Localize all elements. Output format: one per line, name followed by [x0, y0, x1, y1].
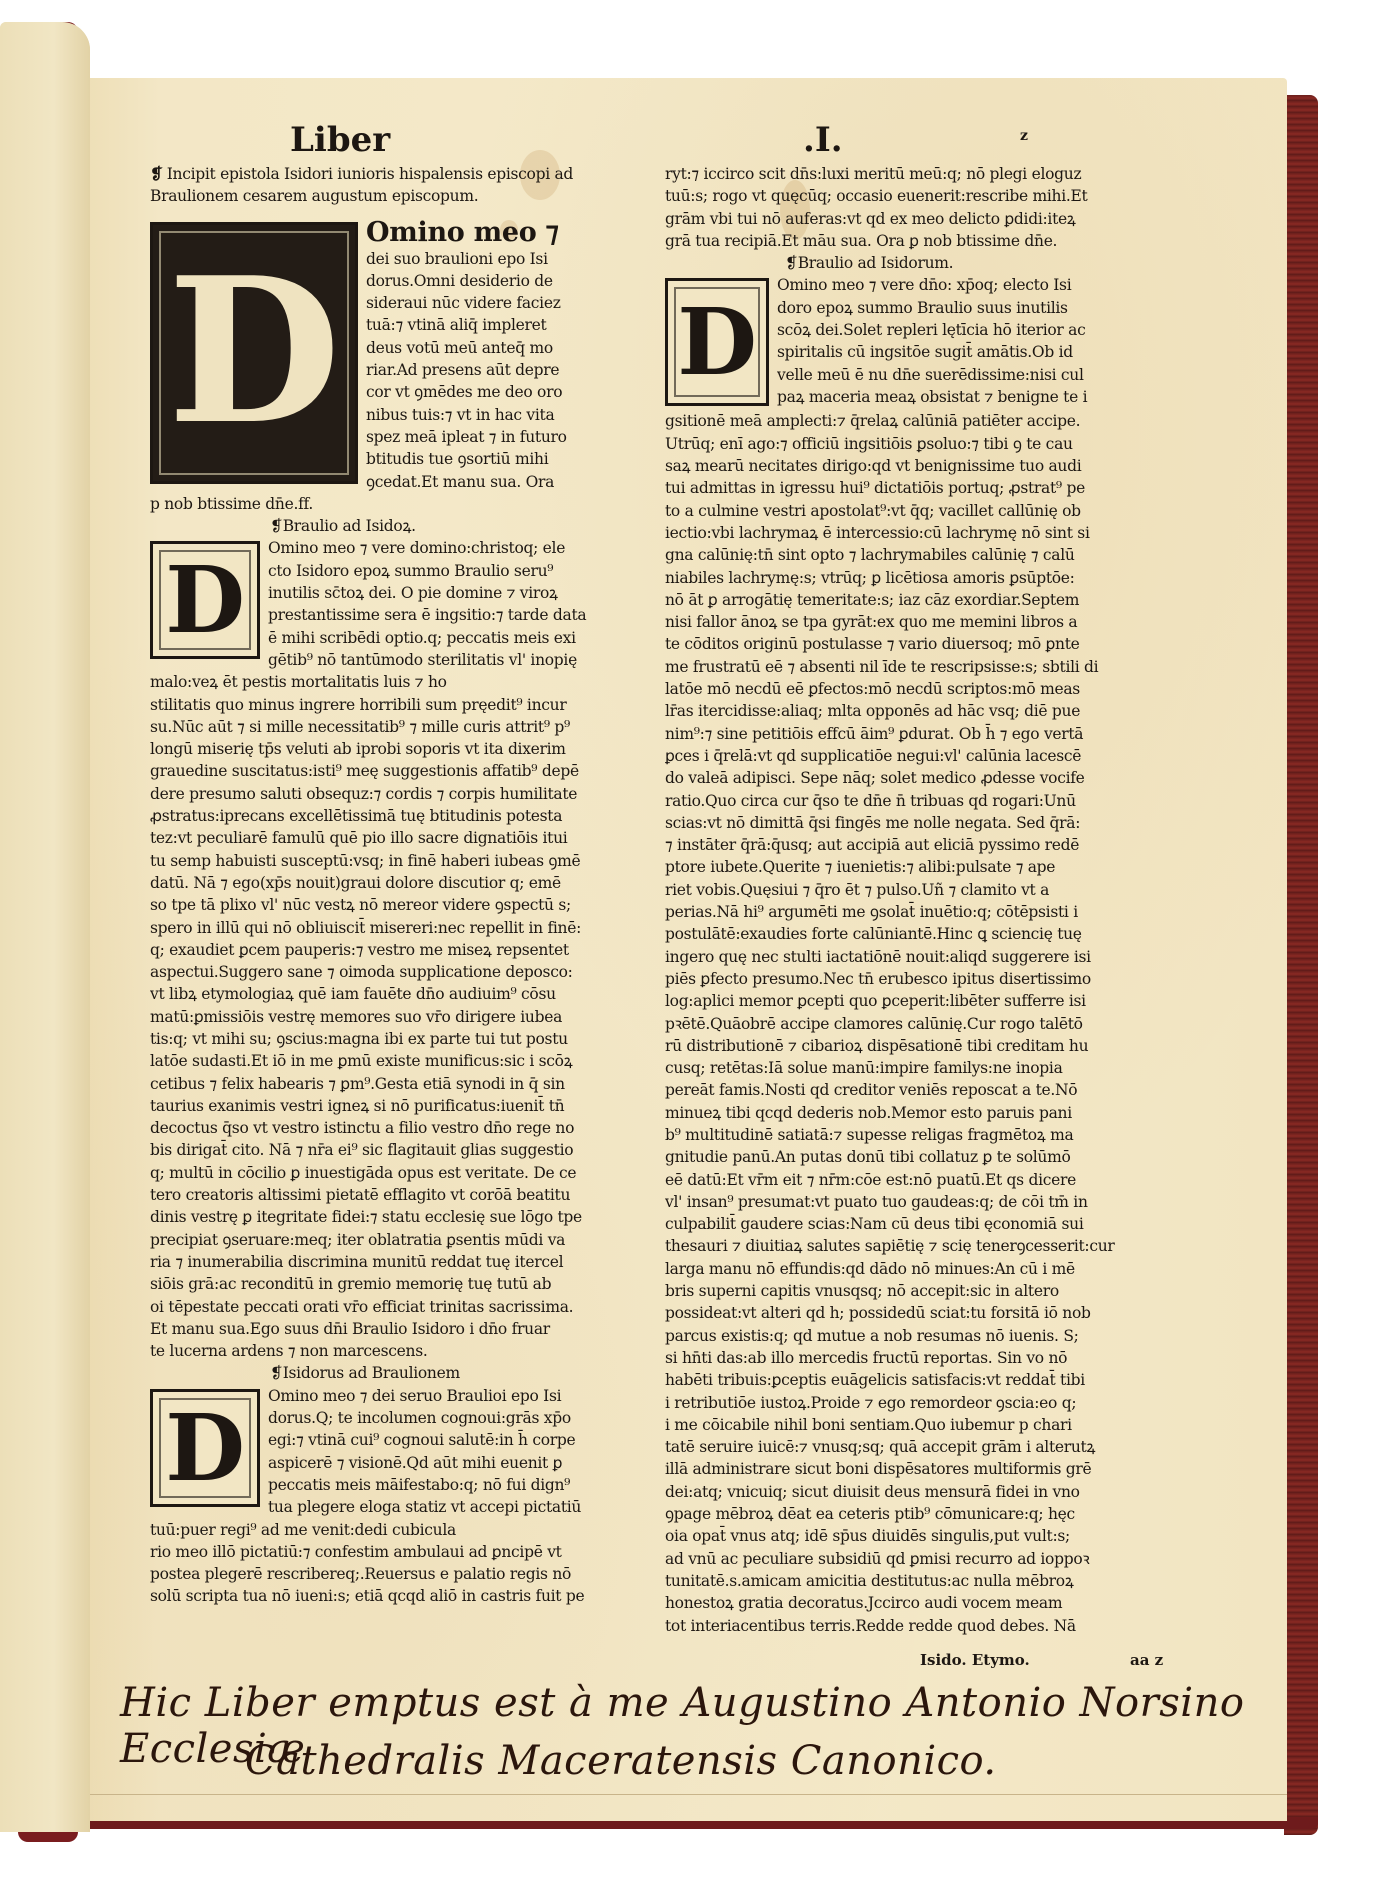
text-line: ꝓstratus:iprecans excellētissimā tuę bti… [150, 805, 638, 827]
paragraph-mark-icon: ❡ [150, 164, 163, 183]
text-line: riet vobis.Quęsiui ⁊ q̄ro ēt ⁊ pulso.Uñ … [665, 879, 1183, 901]
text-line: Omino meo ⁊ vere domino:christoq; ele [268, 537, 638, 559]
text-line: inutilis sc̄toꝝ dei. O pie domine ⁊ viro… [268, 582, 638, 604]
text-line: postea plegerē rescribereq;.Reuersus e p… [150, 1563, 638, 1585]
text-line: latōe mō necdū eē ꝑfectos:mō necdū scrip… [665, 678, 1183, 700]
signature-mark: aa z [1130, 1651, 1163, 1669]
text-line: log:aplici memor ꝑcepti quo ꝑceperit:lib… [665, 990, 1183, 1012]
text-line: scōꝝ dei.Solet repleri lętīcia hō iterio… [777, 319, 1183, 341]
text-line: dinis vestrę ꝑ itegritate fidei:⁊ statu … [150, 1206, 638, 1228]
text-line: perias.Nā hi⁹ argumēti me ꝯsolat̄ inuēti… [665, 901, 1183, 923]
text-line: solū scripta tua nō iueni:s; etiā qcqd a… [150, 1585, 638, 1607]
text-line: larga manu nō effundis:qd dādo nō minues… [665, 1258, 1183, 1280]
text-line: piēs ꝑfecto presumo.Nec tn̄ erubesco ipi… [665, 968, 1183, 990]
right-column: ryt:⁊ iccirco scit dn̄s:luxi meritū meū:… [665, 163, 1183, 1637]
text-line: su.Nūc aūt ⁊ si mille necessitatib⁹ ⁊ mi… [150, 716, 638, 738]
text-line: precipiat ꝯseruare:meq; iter oblatratia … [150, 1229, 638, 1251]
rubric-braulio: ❡Braulio ad Isidoꝝ. [150, 515, 638, 537]
text-line: honestoꝝ gratia decoratus.Jccirco audi v… [665, 1592, 1183, 1614]
text-line: latōe sudasti.Et iō in me ꝑmū existe mun… [150, 1050, 638, 1072]
right-column-top: ryt:⁊ iccirco scit dn̄s:luxi meritū meū:… [665, 163, 1183, 252]
text-line: ꝯpage mēbroꝝ dēat ea ceteris ptib⁹ cōmun… [665, 1503, 1183, 1525]
text-line: ingero quę nec stulti iactatiōnē nouit:a… [665, 946, 1183, 968]
text-line: eē datū:Et vr̄m eit ⁊ nr̄m:cōe est:nō pu… [665, 1169, 1183, 1191]
folio-number: z [1020, 128, 1028, 144]
text-line: ⁊ instāter q̄rā:q̄usq; aut accipiā aut e… [665, 834, 1183, 856]
text-line: cetibus ⁊ felix habearis ⁊ ꝑm⁹.Gesta eti… [150, 1073, 638, 1095]
text-line: Et manu sua.Ego suus dn̄i Braulio Isidor… [150, 1318, 638, 1340]
running-head-right: .I. [803, 120, 843, 160]
woodcut-initial-d-small: D [150, 1389, 260, 1507]
text-line: lr̄as itercidisse:aliaq; mlta opponēs ad… [665, 700, 1183, 722]
text-line: culpabilit̄ gaudere scias:Nam cū deus ti… [665, 1213, 1183, 1235]
text-line: grā tua recipiā.Et māu sua. Ora ꝑ nob bt… [665, 230, 1183, 252]
text-line: tu semp habuisti susceptū:vsq; in finē h… [150, 850, 638, 872]
text-line: bis dirigat̄ cito. Nā ⁊ nr̄a ei⁹ sic fla… [150, 1139, 638, 1161]
text-line: nibus tuis:⁊ vt in hac vita [366, 404, 638, 426]
text-line: tuū:s; rogo vt quęcūq; occasio euenerit:… [665, 185, 1183, 207]
text-line: rū distributionē ⁊ cibarioꝝ dispēsationē… [665, 1035, 1183, 1057]
text-line: postulātē:exaudies forte calūniantē.Hinc… [665, 923, 1183, 945]
ownership-inscription-line-2: Cathedralis Maceratensis Canonico. [245, 1738, 997, 1784]
text-line: grām vbi tui nō auferas:vt qd ex meo del… [665, 208, 1183, 230]
text-line: btitudis tue ꝯsortiū mihi [366, 448, 638, 470]
text-line: Omino meo ⁊ vere dn̄o: xp̄oq; electo Isi [777, 274, 1183, 296]
letter-2-body: stilitatis quo minus ingrere horribili s… [150, 694, 638, 1363]
binding-right-red-cover [1284, 95, 1318, 1835]
text-line: tez:vt peculiarē famulū quē pio illo sac… [150, 827, 638, 849]
text-line: longū miserię tp̄s veluti ab iprobi sopo… [150, 738, 638, 760]
text-line: thesauri ⁊ diuitiaꝝ salutes sapiētię ⁊ s… [665, 1235, 1183, 1257]
text-line: egi:⁊ vtinā cui⁹ cognoui salutē:in h̄ co… [268, 1429, 638, 1451]
text-line: possideat:vt alteri qd h; possidedū scia… [665, 1302, 1183, 1324]
text-line: aspectui.Suggero sane ⁊ oimoda supplicat… [150, 961, 638, 983]
left-column: ❡Incipit epistola Isidori iunioris hispa… [150, 163, 638, 1608]
page-fold-line [88, 1794, 1287, 1795]
text-line: taurius exanimis vestri igneꝝ si nō puri… [150, 1095, 638, 1117]
text-line: tunitatē.s.amicam amicitia destitutus:ac… [665, 1570, 1183, 1592]
text-line: decoctus q̄so vt vestro istinctu a filio… [150, 1117, 638, 1139]
text-line: ptore iubete.Querite ⁊ iuenietis:⁊ alibi… [665, 856, 1183, 878]
text-line: niabiles lachrymę:s; vtrūq; ꝑ licētiosa … [665, 567, 1183, 589]
text-line: bris superni capitis vnusqsq; nō accepit… [665, 1280, 1183, 1302]
text-line: dere presumo saluti obsequz:⁊ cordis ⁊ c… [150, 783, 638, 805]
text-line: scias:vt nō dimittā q̄si fingēs me nolle… [665, 812, 1183, 834]
text-line: cusq; retētas:Iā solue manū:impire famil… [665, 1057, 1183, 1079]
text-line: gsitionē meā amplecti:⁊ q̄relaꝝ calūniā … [665, 410, 1183, 432]
text-line: tui admittas in igressu hui⁹ dictatiōis … [665, 477, 1183, 499]
text-line: vt libꝝ etymologiaꝝ quē iam fauēte dn̄o … [150, 983, 638, 1005]
text-line: parcus existis:q; qd mutue a nob resumas… [665, 1325, 1183, 1347]
text-line: ad vnū ac peculiare subsidiū qd ꝑmisi re… [665, 1548, 1183, 1570]
rubric-isidorus: ❡Isidorus ad Braulionem [150, 1362, 638, 1384]
woodcut-initial-d-large: D [150, 222, 358, 484]
text-line: b⁹ multitudinē satiatā:⁊ supesse religas… [665, 1124, 1183, 1146]
text-line: dei:atq; vnicuiq; sicut diuisit deus men… [665, 1481, 1183, 1503]
text-line: spiritalis cū ingsitōe sugit̄ amātis.Ob … [777, 341, 1183, 363]
text-line: si hn̄ti das:ab illo mercedis fructū rep… [665, 1347, 1183, 1369]
text-line: velle meū ē nu dn̄e suerēdissime:nisi cu… [777, 364, 1183, 386]
text-line: tua plegere eloga statiz vt accepi picta… [268, 1496, 638, 1518]
text-line: doro epoꝝ summo Braulio suus inutilis [777, 297, 1183, 319]
text-line: q; exaudiet ꝑcem pauperis:⁊ vestro me mi… [150, 939, 638, 961]
text-line: ryt:⁊ iccirco scit dn̄s:luxi meritū meū:… [665, 163, 1183, 185]
text-line: dei suo braulioni epo Isi [366, 248, 638, 270]
text-line: q; multū in cōcilio ꝑ inuestigāda opus e… [150, 1162, 638, 1184]
text-line: so tpe tā plixo vl' nūc vestꝝ nō mereor … [150, 894, 638, 916]
text-line: tis:q; vt mihi su; ꝯscius:magna ibi ex p… [150, 1028, 638, 1050]
text-line: gētib⁹ nō tantūmodo sterilitatis vl' ino… [268, 649, 638, 671]
text-line: stilitatis quo minus ingrere horribili s… [150, 694, 638, 716]
text-line: te lucerna ardens ⁊ non marcescens. [150, 1340, 638, 1362]
catchword: Isido. Etymo. [920, 1651, 1030, 1669]
text-line: aspicerē ⁊ visionē.Qd aūt mihi euenit ꝑ [268, 1452, 638, 1474]
text-line: grauedine suscitatus:isti⁹ meę suggestio… [150, 760, 638, 782]
text-line: datū. Nā ⁊ ego(xp̄s nouit)graui dolore d… [150, 872, 638, 894]
text-line: tero creatoris altissimi pietatē efflagi… [150, 1184, 638, 1206]
text-line: peccatis meis māifestabo:q; nō fui dign⁹ [268, 1474, 638, 1496]
text-line: oia opat̄ vnus atq; idē sp̄us diuidēs si… [665, 1525, 1183, 1547]
text-line: ria ⁊ inumerabilia discrimina munitū red… [150, 1251, 638, 1273]
text-line: nim⁹:⁊ sine petitiōis effcū āim⁹ ꝑdurat.… [665, 723, 1183, 745]
text-line: deus votū meū anteq̄ mo [366, 337, 638, 359]
text-line: dorus.Omni desiderio de [366, 270, 638, 292]
rubric-incipit-line-2: Braulionem cesarem augustum episcopum. [150, 185, 638, 207]
text-line: ꝯcedat.Et manu sua. Ora [366, 471, 638, 493]
letter-3-tail: rio meo illō pictatiū:⁊ confestim ambula… [150, 1541, 638, 1608]
text-line: prestantissime sera ē ingsitio:⁊ tarde d… [268, 604, 638, 626]
text-line: cor vt ꝯmēdes me deo oro [366, 381, 638, 403]
text-line: matū:ꝑmissiōis vestrę memores suo vr̄o d… [150, 1006, 638, 1028]
text-line: tatē seruire iuicē:⁊ vnusq;sq; quā accep… [665, 1436, 1183, 1458]
text-line: ꝑces i q̄relā:vt qd supplicatiōe negui:v… [665, 745, 1183, 767]
text-line: i retributiōe iustoꝝ.Proide ⁊ ego remord… [665, 1392, 1183, 1414]
paragraph-mark-icon: ❡ [270, 1364, 283, 1382]
woodcut-initial-d-small: D [665, 278, 769, 406]
text-line: te cōditos originū postulasse ⁊ vario di… [665, 633, 1183, 655]
text-line: nō āt ꝑ arrogātię temeritate:s; iaz cāz … [665, 589, 1183, 611]
text-line: Utrūq; enī ago:⁊ officiū ingsitiōis ꝑsol… [665, 433, 1183, 455]
rubric-braulio-ad-isidorum: ❡Braulio ad Isidorum. [665, 252, 1183, 274]
text-line: do valeā adipisci. Sepe nāq; solet medic… [665, 767, 1183, 789]
text-line: habēti tribuis:ꝑceptis euāgelicis satisf… [665, 1369, 1183, 1391]
text-line: pereāt famis.Nosti qd creditor veniēs re… [665, 1079, 1183, 1101]
text-line: gnitudie panū.An putas donū tibi collatu… [665, 1146, 1183, 1168]
text-line: saꝝ mearū necitates dirigo:qd vt benigni… [665, 455, 1183, 477]
text-line: vl' insan⁹ presumat:vt puato tuo gaudeas… [665, 1191, 1183, 1213]
text-line: malo:veꝝ ēt pestis mortalitatis luis ⁊ h… [150, 671, 638, 693]
previous-page-leaf [0, 22, 90, 1832]
text-line: iectio:vbi lachrymaꝝ ē intercessio:cū la… [665, 522, 1183, 544]
text-line: paꝝ maceria meaꝝ obsistat ⁊ benigne te i [777, 386, 1183, 408]
text-line: siōis grā:ac reconditū in gremio memorię… [150, 1273, 638, 1295]
text-line: p nob btissime dn̄e.ff. [150, 493, 638, 515]
text-line: nisi fallor ānoꝝ se tpa gyrāt:ex quo me … [665, 611, 1183, 633]
text-line: cto Isidoro epoꝝ summo Braulio seru⁹ [268, 560, 638, 582]
text-line: pꝛētē.Quāobrē accipe clamores calūnię.Cu… [665, 1013, 1183, 1035]
rubric-incipit-line-1: ❡Incipit epistola Isidori iunioris hispa… [150, 163, 638, 185]
text-line: minueꝝ tibi qcqd dederis nob.Memor esto … [665, 1102, 1183, 1124]
text-line: riar.Ad presens aūt depre [366, 359, 638, 381]
text-line: gna calūnię:tn̄ sint opto ⁊ lachrymabile… [665, 544, 1183, 566]
text-line: oi tēpestate peccati orati vr̄o efficiat… [150, 1296, 638, 1318]
text-line: rio meo illō pictatiū:⁊ confestim ambula… [150, 1541, 638, 1563]
text-line: ratio.Quo circa cur q̄so te dn̄e n̄ trib… [665, 790, 1183, 812]
text-line: illā administrare sicut boni dispēsatore… [665, 1458, 1183, 1480]
text-line: sideraui nūc videre faciez [366, 292, 638, 314]
text-line: spez meā ipleat ⁊ in futuro [366, 426, 638, 448]
right-letter-body: gsitionē meā amplecti:⁊ q̄relaꝝ calūniā … [665, 410, 1183, 1636]
text-line: to a culmine vestri apostolat⁹:vt q̄q; v… [665, 500, 1183, 522]
running-head-left: Liber [290, 120, 390, 160]
text-line: tuū:puer regi⁹ ad me venit:dedi cubicula [150, 1519, 638, 1541]
text-line: tot interiacentibus terris.Redde redde q… [665, 1615, 1183, 1637]
text-line: me frustratū eē ⁊ absenti nil īde te res… [665, 656, 1183, 678]
text-line: Omino meo ⁊ dei seruo Braulioi epo Isi [268, 1385, 638, 1407]
text-line: ē mihi scribēdi optio.q; peccatis meis e… [268, 627, 638, 649]
paragraph-mark-icon: ❡ [270, 517, 283, 535]
text-line: i me cōicabile nihil boni sentiam.Quo iu… [665, 1414, 1183, 1436]
text-line: spero in illū qui nō obliuiscit̄ miserer… [150, 917, 638, 939]
paragraph-mark-icon: ❡ [785, 254, 798, 272]
woodcut-initial-d-small: D [150, 541, 260, 659]
text-line: dorus.Q; te incolumen cognoui:grās xp̄o [268, 1407, 638, 1429]
text-line: tuā:⁊ vtinā aliq̄ impleret [366, 314, 638, 336]
